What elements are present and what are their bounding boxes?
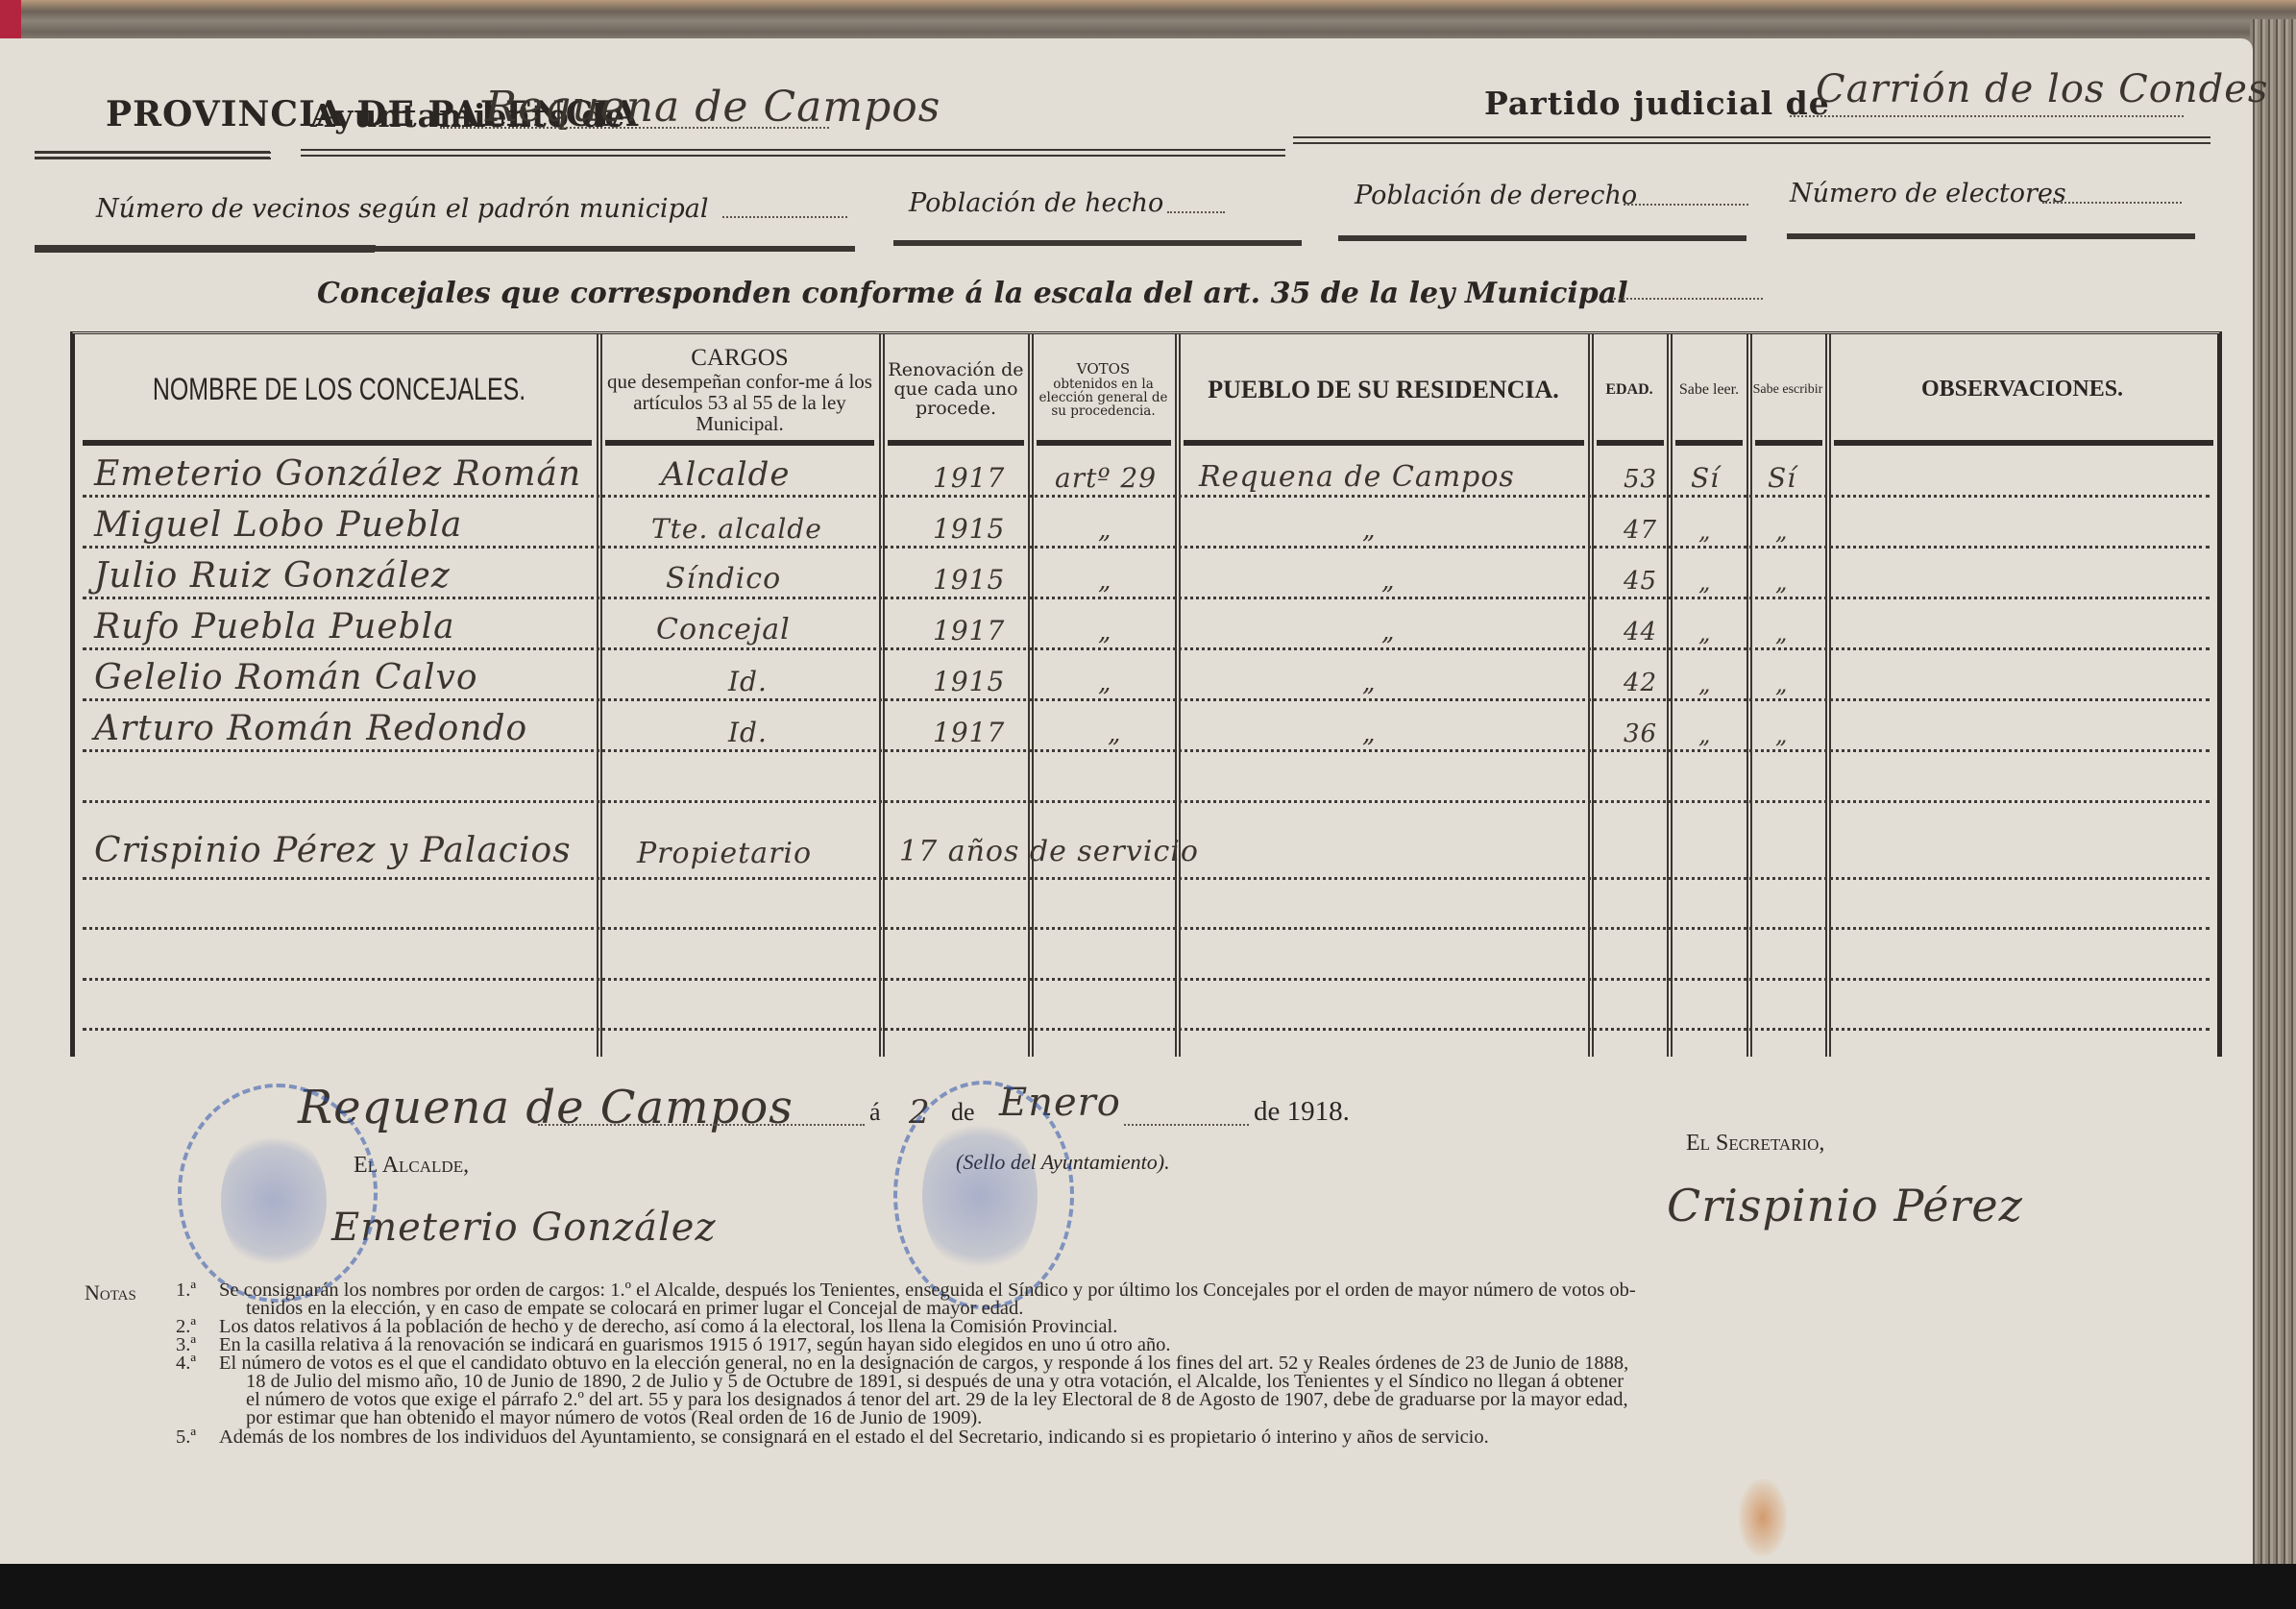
cell-escribir: „ (1775, 651, 1788, 697)
header-cargos-sub: que desempeñan confor-me á los artículos… (603, 371, 877, 434)
cell-escribir: „ (1775, 499, 1788, 545)
partido-dots (1790, 115, 2184, 117)
note-num-2: 2.ª (176, 1318, 196, 1336)
col-divider-2 (879, 334, 885, 1057)
book-right-edge (2250, 19, 2296, 1585)
cell-servicio: 17 años de servicio (899, 822, 1199, 868)
ayuntamiento-value: Requena de Campos (485, 83, 940, 132)
poblacion-derecho-label: Población de derecho (1355, 181, 1637, 210)
ayuntamiento-stamp-emblem (922, 1114, 1038, 1278)
header-rule-escribir (1755, 440, 1822, 446)
header-observaciones: OBSERVACIONES. (1831, 342, 2213, 438)
note-4-line-4: por estimar que han obtenido el mayor nú… (246, 1409, 982, 1427)
month-dots (1124, 1124, 1249, 1126)
cell-cargo: Id. (728, 702, 768, 748)
cell-cargo: Propietario (637, 824, 812, 870)
col-divider-5 (1588, 334, 1594, 1057)
note-1-line-2: tenidos en la elección, y en caso de emp… (246, 1300, 1023, 1318)
row-line-5 (83, 698, 2210, 701)
row-line-7 (83, 800, 2210, 803)
cell-pueblo: „ (1381, 600, 1395, 646)
header-cargos-title: CARGOS (691, 346, 788, 371)
electores-label: Número de electores (1790, 179, 2066, 208)
cell-edad: 45 (1624, 549, 1657, 596)
cell-renovacion: 1915 (933, 499, 1005, 545)
cell-escribir: „ (1775, 600, 1788, 646)
header-sabe-leer: Sabe leer. (1673, 342, 1746, 438)
place-dots (538, 1124, 865, 1126)
row-line-2 (83, 546, 2210, 549)
note-4-line-3: el número de votos que exige el párrafo … (246, 1391, 1628, 1409)
rust-stain (1739, 1479, 1787, 1556)
cell-cargo: Id. (728, 651, 768, 697)
vecinos-rule-left (35, 246, 855, 252)
cell-nombre: Julio Ruiz González (94, 549, 451, 596)
header-rule-cargos (605, 440, 874, 446)
ayuntamiento-dots (440, 127, 829, 129)
note-num-4: 4.ª (176, 1354, 196, 1373)
cell-escribir: „ (1775, 549, 1788, 596)
note-2-line-1: Los datos relativos á la población de he… (219, 1318, 1117, 1336)
cell-renovacion: 1917 (933, 600, 1005, 646)
concejales-dots (1614, 298, 1763, 300)
scan-background (0, 1564, 2296, 1609)
header-rule-nombre (83, 440, 592, 446)
cell-cargo: Concejal (656, 600, 791, 646)
cell-votos: „ (1108, 702, 1121, 748)
cell-nombre: Crispinio Pérez y Palacios (94, 824, 572, 870)
col-divider-8 (1825, 334, 1831, 1057)
cell-renovacion: 1917 (933, 702, 1005, 748)
cell-edad: 53 (1624, 448, 1657, 494)
col-divider-6 (1667, 334, 1673, 1057)
note-num-3: 3.ª (176, 1336, 196, 1354)
header-votos: VOTOS obtenidos en la elección general d… (1033, 342, 1174, 438)
bookmark-ribbon (0, 0, 21, 38)
cell-renovacion: 1915 (933, 651, 1005, 697)
cell-edad: 44 (1624, 600, 1657, 646)
cell-nombre: Emeterio González Román (94, 448, 581, 494)
col-divider-7 (1746, 334, 1752, 1057)
header-rule-pueblo (1184, 440, 1584, 446)
vecinos-dots (722, 216, 847, 218)
cell-pueblo: „ (1362, 651, 1376, 697)
cell-edad: 42 (1624, 651, 1657, 697)
poblacion-hecho-label: Población de hecho (909, 188, 1163, 218)
cell-votos: „ (1098, 651, 1111, 697)
row-line-4 (83, 647, 2210, 650)
cell-nombre: Miguel Lobo Puebla (94, 499, 462, 545)
electores-dots (2042, 202, 2182, 204)
concejales-label: Concejales que corresponden conforme á l… (317, 277, 1628, 310)
cell-renovacion: 1917 (933, 448, 1005, 494)
cell-cargo: Alcalde (661, 448, 791, 494)
notes-title: Notas (85, 1284, 136, 1303)
derecho-rule (1338, 235, 1746, 241)
header-double-rule-1 (35, 151, 270, 158)
header-rule-renov (888, 440, 1024, 446)
row-line-10 (83, 978, 2210, 981)
cell-edad: 47 (1624, 499, 1657, 545)
row-line-9 (83, 927, 2210, 930)
cell-votos: „ (1098, 600, 1111, 646)
partido-judicial-label: Partido judicial de (1484, 85, 1830, 122)
col-divider-4 (1175, 334, 1181, 1057)
note-4-line-1: El número de votos es el que el candidat… (219, 1354, 1628, 1373)
cell-leer: „ (1698, 651, 1711, 697)
secretario-label: El Secretario, (1686, 1131, 1824, 1157)
header-rule-obs (1834, 440, 2213, 446)
header-rule-edad (1597, 440, 1664, 446)
header-sabe-escribir: Sabe escribir (1751, 342, 1824, 438)
cell-leer: Sí (1691, 448, 1720, 494)
derecho-dots (1624, 204, 1748, 206)
partido-judicial-value: Carrión de los Condes (1816, 67, 2268, 111)
note-4-line-2: 18 de Julio del mismo año, 10 de Junio d… (246, 1373, 1624, 1391)
cell-leer: „ (1698, 499, 1711, 545)
cell-cargo: Tte. alcalde (651, 499, 822, 545)
cell-nombre: Rufo Puebla Puebla (94, 600, 455, 646)
header-pueblo: PUEBLO DE SU RESIDENCIA. (1182, 342, 1585, 438)
cell-leer: „ (1698, 549, 1711, 596)
cell-leer: „ (1698, 702, 1711, 748)
cell-votos: „ (1098, 499, 1111, 545)
electores-rule (1787, 233, 2195, 239)
header-renovacion: Renovación de que cada uno procede. (886, 342, 1026, 438)
col-divider-1 (597, 334, 602, 1057)
cell-renovacion: 1915 (933, 549, 1005, 596)
cell-nombre: Arturo Román Redondo (94, 702, 527, 748)
concejales-table: NOMBRE DE LOS CONCEJALES. CARGOS que des… (70, 331, 2222, 1057)
note-3-line-1: En la casilla relativa á la renovación s… (219, 1336, 1171, 1354)
vecinos-label: Número de vecinos según el padrón munici… (96, 194, 709, 224)
note-num-5: 5.ª (176, 1428, 196, 1447)
cell-escribir: Sí (1768, 448, 1796, 494)
cell-edad: 36 (1624, 702, 1657, 748)
header-votos-sub: obtenidos en la elección general de su p… (1037, 378, 1171, 419)
alcalde-stamp-emblem (221, 1129, 327, 1273)
note-1-line-1: Se consignarán los nombres por orden de … (219, 1281, 1636, 1300)
cell-cargo: Síndico (666, 549, 781, 596)
hecho-rule (893, 240, 1302, 246)
row-line-8 (83, 877, 2210, 880)
header-nombre: NOMBRE DE LOS CONCEJALES. (140, 342, 537, 438)
cell-nombre: Gelelio Román Calvo (94, 651, 478, 697)
footer-a-label: á (869, 1098, 881, 1127)
header-double-rule-3 (1293, 136, 2211, 144)
cell-leer: „ (1698, 600, 1711, 646)
col-divider-3 (1028, 334, 1034, 1057)
cell-votos: „ (1098, 549, 1111, 596)
footer-year: de 1918. (1254, 1096, 1350, 1128)
row-line-6 (83, 749, 2210, 752)
row-line-11 (83, 1028, 2210, 1031)
note-num-1: 1.ª (176, 1281, 196, 1300)
hecho-dots (1167, 211, 1225, 213)
header-double-rule-2 (301, 149, 1285, 157)
cell-pueblo: Requena de Campos (1199, 448, 1515, 494)
secretario-signature: Crispinio Pérez (1667, 1180, 2023, 1231)
cell-pueblo: „ (1381, 549, 1395, 596)
header-votos-title: VOTOS (1077, 362, 1130, 378)
cell-pueblo: „ (1362, 499, 1376, 545)
cell-votos: artº 29 (1055, 448, 1157, 494)
alcalde-signature: Emeterio González (331, 1206, 717, 1250)
note-5-line-1: Además de los nombres de los individuos … (219, 1428, 1489, 1447)
header-edad: EDAD. (1593, 342, 1666, 438)
header-rule-leer (1675, 440, 1743, 446)
header-rule-votos (1037, 440, 1171, 446)
header-cargos: CARGOS que desempeñan confor-me á los ar… (601, 342, 878, 438)
row-line-3 (83, 597, 2210, 599)
row-line-1 (83, 495, 2210, 498)
cell-escribir: „ (1775, 702, 1788, 748)
footer-place: Requena de Campos (298, 1081, 794, 1134)
cell-pueblo: „ (1362, 702, 1376, 748)
